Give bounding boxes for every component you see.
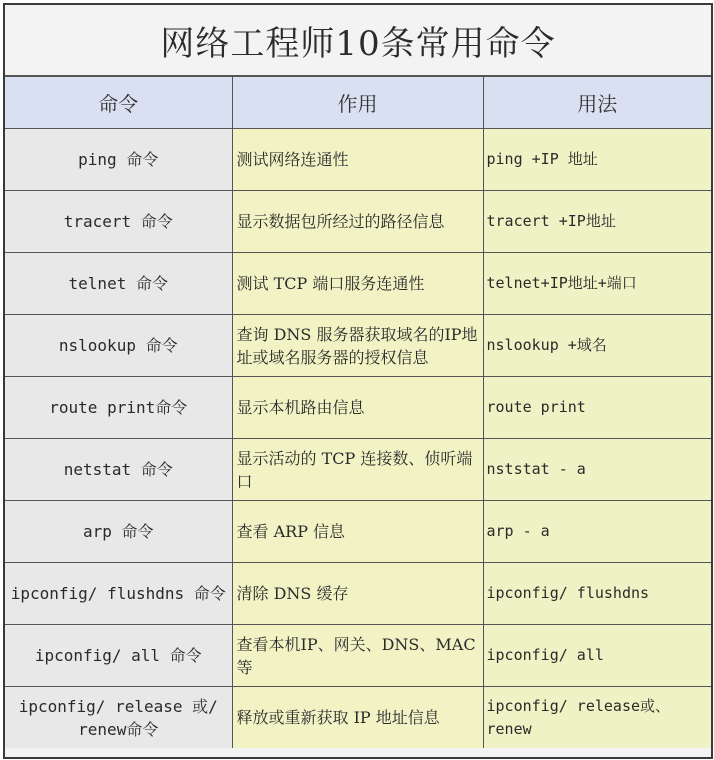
table-row: tracert 命令 显示数据包所经过的路径信息 tracert +IP地址 [5, 191, 711, 253]
command-table-sheet: 网络工程师10条常用命令 命令 作用 用法 ping 命令 测试网络连通性 pi… [3, 3, 713, 759]
command-cell: ipconfig/ all 命令 [5, 625, 232, 687]
usage-cell: telnet+IP地址+端口 [483, 253, 711, 315]
purpose-cell: 显示活动的 TCP 连接数、侦听端口 [232, 439, 483, 501]
purpose-cell: 显示数据包所经过的路径信息 [232, 191, 483, 253]
purpose-cell: 查询 DNS 服务器获取域名的IP地址或域名服务器的授权信息 [232, 315, 483, 377]
table-row: netstat 命令 显示活动的 TCP 连接数、侦听端口 nststat - … [5, 439, 711, 501]
purpose-cell: 查看 ARP 信息 [232, 501, 483, 563]
purpose-cell: 释放或重新获取 IP 地址信息 [232, 687, 483, 749]
usage-cell: tracert +IP地址 [483, 191, 711, 253]
table-row: route print命令 显示本机路由信息 route print [5, 377, 711, 439]
purpose-cell: 清除 DNS 缓存 [232, 563, 483, 625]
usage-cell: arp - a [483, 501, 711, 563]
purpose-cell: 测试 TCP 端口服务连通性 [232, 253, 483, 315]
command-cell: ipconfig/ flushdns 命令 [5, 563, 232, 625]
usage-cell: nslookup +域名 [483, 315, 711, 377]
table-row: ipconfig/ all 命令 查看本机IP、网关、DNS、MAC等 ipco… [5, 625, 711, 687]
command-cell: tracert 命令 [5, 191, 232, 253]
command-cell: netstat 命令 [5, 439, 232, 501]
header-usage: 用法 [483, 77, 711, 129]
table-row: nslookup 命令 查询 DNS 服务器获取域名的IP地址或域名服务器的授权… [5, 315, 711, 377]
header-purpose: 作用 [232, 77, 483, 129]
header-row: 命令 作用 用法 [5, 77, 711, 129]
usage-cell: ipconfig/ all [483, 625, 711, 687]
command-cell: arp 命令 [5, 501, 232, 563]
header-command: 命令 [5, 77, 232, 129]
table-row: ping 命令 测试网络连通性 ping +IP 地址 [5, 129, 711, 191]
table-row: arp 命令 查看 ARP 信息 arp - a [5, 501, 711, 563]
usage-cell: nststat - a [483, 439, 711, 501]
usage-cell: ipconfig/ flushdns [483, 563, 711, 625]
usage-cell: route print [483, 377, 711, 439]
purpose-cell: 查看本机IP、网关、DNS、MAC等 [232, 625, 483, 687]
purpose-cell: 测试网络连通性 [232, 129, 483, 191]
command-cell: ipconfig/ release 或/ renew命令 [5, 687, 232, 749]
purpose-cell: 显示本机路由信息 [232, 377, 483, 439]
usage-cell: ping +IP 地址 [483, 129, 711, 191]
usage-cell: ipconfig/ release或、renew [483, 687, 711, 749]
command-cell: ping 命令 [5, 129, 232, 191]
table-title: 网络工程师10条常用命令 [5, 5, 711, 77]
command-cell: nslookup 命令 [5, 315, 232, 377]
commands-table: 命令 作用 用法 ping 命令 测试网络连通性 ping +IP 地址 tra… [5, 77, 711, 748]
table-row: ipconfig/ flushdns 命令 清除 DNS 缓存 ipconfig… [5, 563, 711, 625]
command-cell: telnet 命令 [5, 253, 232, 315]
table-row: ipconfig/ release 或/ renew命令 释放或重新获取 IP … [5, 687, 711, 749]
table-row: telnet 命令 测试 TCP 端口服务连通性 telnet+IP地址+端口 [5, 253, 711, 315]
command-cell: route print命令 [5, 377, 232, 439]
